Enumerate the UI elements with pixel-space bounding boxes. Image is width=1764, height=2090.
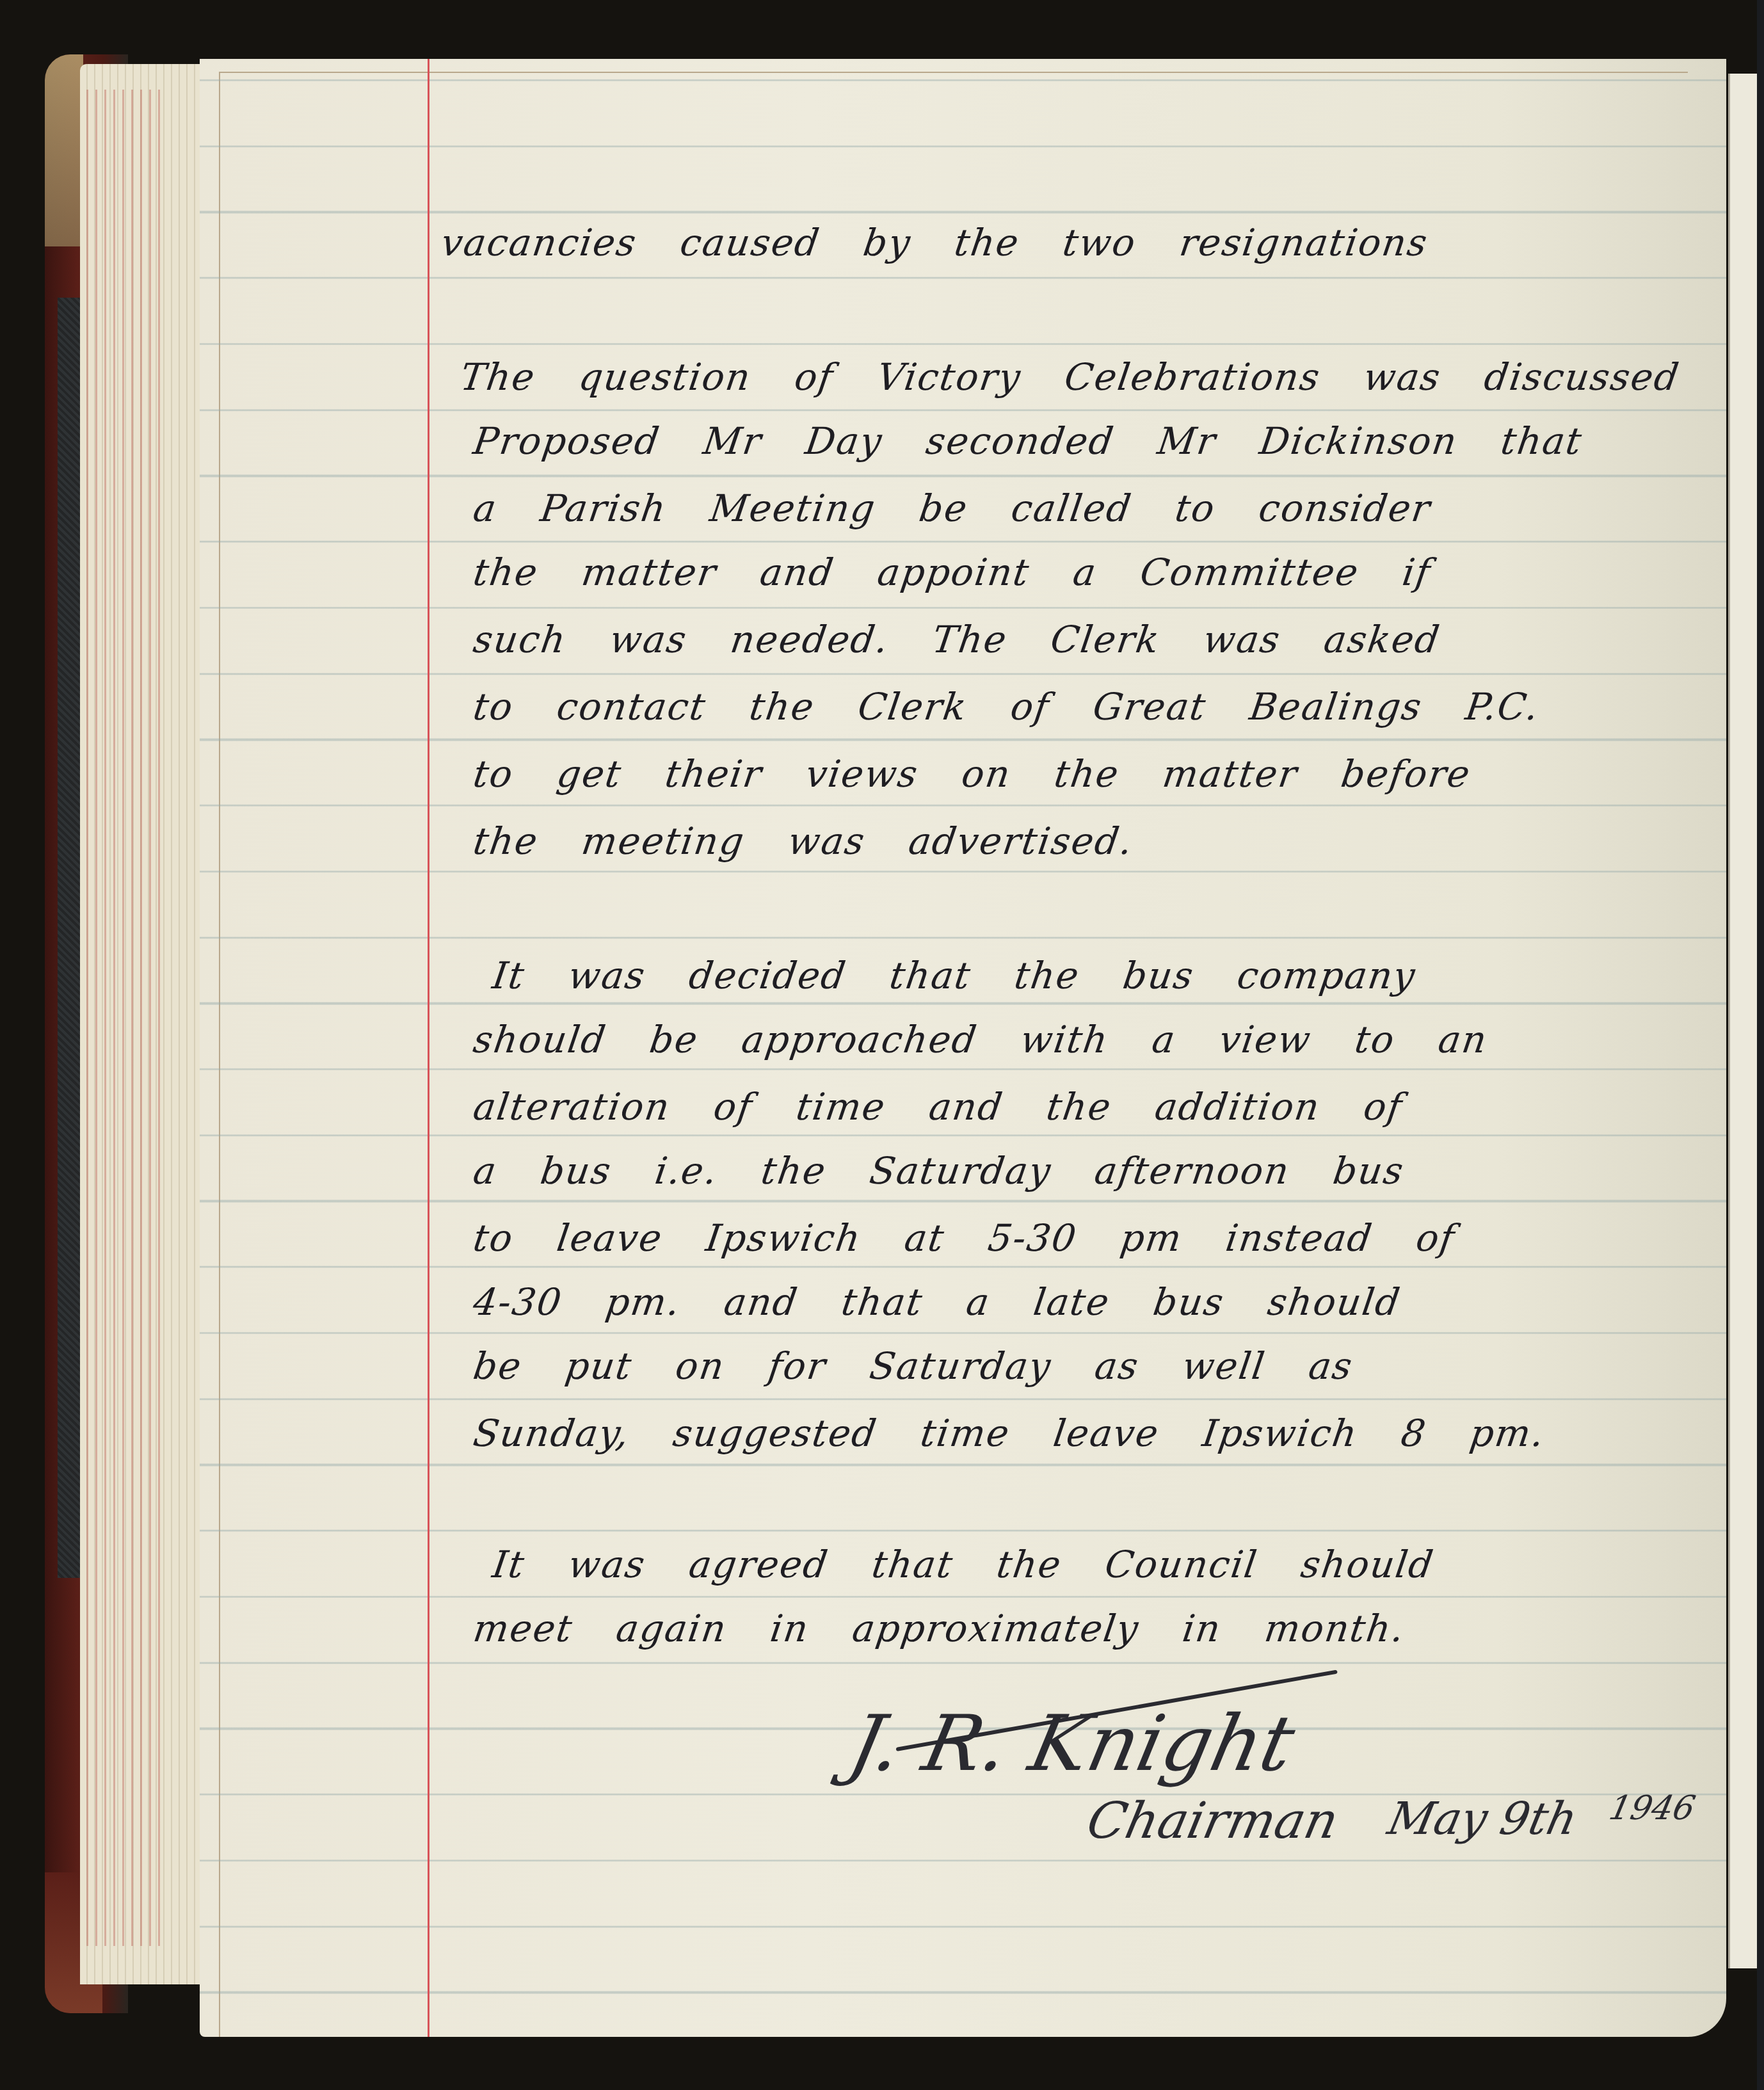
signature-year: 1946 <box>1606 1789 1699 1828</box>
minute-line: the matter and appoint a Committee if <box>470 551 1434 594</box>
minute-line: vacancies caused by the two resignations <box>438 221 1431 264</box>
minute-line: be put on for Saturday as well as <box>470 1344 1356 1388</box>
minute-line: 4-30 pm. and that a late bus should <box>470 1280 1404 1324</box>
minute-line: It was agreed that the Council should <box>490 1543 1437 1586</box>
minute-line: to contact the Clerk of Great Bealings P… <box>470 685 1542 728</box>
signature-title: Chairman <box>1082 1792 1343 1850</box>
page-edges-stack <box>80 64 214 1984</box>
minute-line: It was decided that the bus company <box>490 954 1418 997</box>
minute-line: the meeting was advertised. <box>470 819 1136 863</box>
worn-corner-top <box>45 54 83 246</box>
minute-line: should be approached with a view to an <box>470 1018 1490 1061</box>
chairman-signature: J. R. Knight <box>842 1700 1302 1789</box>
red-margin-rule <box>428 59 429 2037</box>
minute-line: to get their views on the matter before <box>470 752 1473 796</box>
minute-line: meet again in approximately in month. <box>470 1607 1407 1650</box>
minute-line: Sunday, suggested time leave Ipswich 8 p… <box>470 1411 1548 1455</box>
minute-line: to leave Ipswich at 5-30 pm instead of <box>470 1216 1458 1260</box>
red-sprinkled-edge <box>86 90 163 1946</box>
minute-line: a Parish Meeting be called to consider <box>470 486 1434 530</box>
minute-line: The question of Victory Celebrations was… <box>458 355 1682 399</box>
signature-date: May 9th <box>1383 1792 1582 1845</box>
minute-line: alteration of time and the addition of <box>470 1085 1406 1129</box>
background-edge <box>1757 0 1764 2090</box>
minute-line: Proposed Mr Day seconded Mr Dickinson th… <box>470 419 1585 463</box>
minute-line: a bus i.e. the Saturday afternoon bus <box>470 1149 1407 1193</box>
minute-line: such was needed. The Clerk was asked <box>470 618 1443 661</box>
